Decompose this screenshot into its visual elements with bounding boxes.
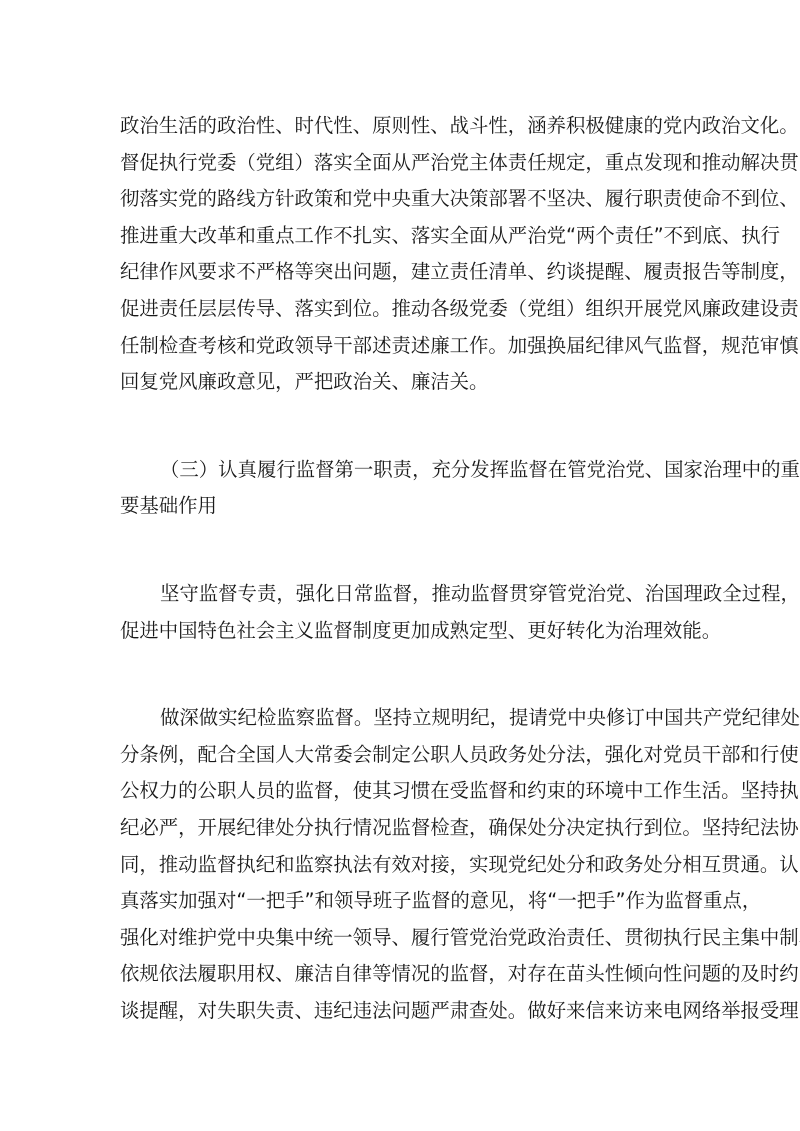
paragraph-spacer xyxy=(120,649,682,700)
text-line: 督促执行党委（党组）落实全面从严治党主体责任规定，重点发现和推动解决贯 xyxy=(120,145,682,182)
text-line: 分条例，配合全国人大常委会制定公职人员政务处分法，强化对党员干部和行使 xyxy=(120,737,682,774)
heading-line: （三）认真履行监督第一职责，充分发挥监督在管党治党、国家治理中的重 xyxy=(120,452,682,489)
document-page: 政治生活的政治性、时代性、原则性、战斗性，涵养积极健康的党内政治文化。 督促执行… xyxy=(120,108,682,1029)
text-line: 政治生活的政治性、时代性、原则性、战斗性，涵养积极健康的党内政治文化。 xyxy=(120,108,682,145)
text-line: 促进中国特色社会主义监督制度更加成熟定型、更好转化为治理效能。 xyxy=(120,613,682,650)
text-line: 坚守监督专责，强化日常监督，推动监督贯穿管党治党、治国理政全过程， xyxy=(120,576,682,613)
text-line: 强化对维护党中央集中统一领导、履行管党治党政治责任、贯彻执行民主集中制、 xyxy=(120,920,682,957)
text-line: 纪必严，开展纪律处分执行情况监督检查，确保处分决定执行到位。坚持纪法协 xyxy=(120,810,682,847)
text-line: 同，推动监督执纪和监察执法有效对接，实现党纪处分和政务处分相互贯通。认 xyxy=(120,847,682,884)
paragraph-spacer xyxy=(120,401,682,452)
paragraph-discipline-inspection: 做深做实纪检监察监督。坚持立规明纪，提请党中央修订中国共产党纪律处 分条例，配合… xyxy=(120,700,682,1029)
text-line: 回复党风廉政意见，严把政治关、廉洁关。 xyxy=(120,364,682,401)
text-line: 依规依法履职用权、廉洁自律等情况的监督，对存在苗头性倾向性问题的及时约 xyxy=(120,956,682,993)
text-line: 做深做实纪检监察监督。坚持立规明纪，提请党中央修订中国共产党纪律处 xyxy=(120,700,682,737)
section-heading-three: （三）认真履行监督第一职责，充分发挥监督在管党治党、国家治理中的重 要基础作用 xyxy=(120,452,682,525)
text-line: 促进责任层层传导、落实到位。推动各级党委（党组）组织开展党风廉政建设责 xyxy=(120,291,682,328)
text-line: 真落实加强对“一把手”和领导班子监督的意见，将“一把手”作为监督重点， xyxy=(120,883,682,920)
text-line: 公权力的公职人员的监督，使其习惯在受监督和约束的环境中工作生活。坚持执 xyxy=(120,773,682,810)
paragraph-supervision-duty: 坚守监督专责，强化日常监督，推动监督贯穿管党治党、治国理政全过程， 促进中国特色… xyxy=(120,576,682,649)
text-line: 推进重大改革和重点工作不扎实、落实全面从严治党“两个责任”不到底、执行 xyxy=(120,218,682,255)
paragraph-spacer xyxy=(120,525,682,576)
heading-line: 要基础作用 xyxy=(120,488,682,525)
text-line: 谈提醒，对失职失责、违纪违法问题严肃查处。做好来信来访来电网络举报受理， xyxy=(120,993,682,1030)
text-line: 任制检查考核和党政领导干部述责述廉工作。加强换届纪律风气监督，规范审慎 xyxy=(120,328,682,365)
text-line: 彻落实党的路线方针政策和党中央重大决策部署不坚决、履行职责使命不到位、 xyxy=(120,181,682,218)
text-line: 纪律作风要求不严格等突出问题，建立责任清单、约谈提醒、履责报告等制度， xyxy=(120,254,682,291)
paragraph-party-culture: 政治生活的政治性、时代性、原则性、战斗性，涵养积极健康的党内政治文化。 督促执行… xyxy=(120,108,682,401)
